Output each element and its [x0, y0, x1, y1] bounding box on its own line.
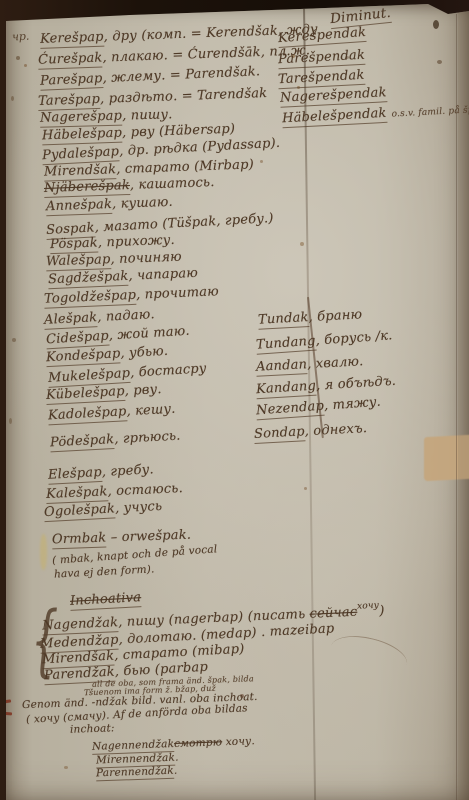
headword: Njäberešpak — [44, 178, 130, 198]
headword: Ogolešpak — [44, 501, 116, 522]
manuscript-line: Tarešpendak — [278, 68, 365, 88]
manuscript-line: Sondap, однехъ. — [254, 421, 368, 442]
headword: Kübelešpap — [46, 384, 126, 405]
headword: Häbelešpap — [42, 126, 123, 146]
crossed-word: смотрю — [174, 736, 222, 750]
gloss: , падаю. — [97, 307, 155, 325]
gloss: , починяю — [110, 250, 182, 267]
gloss: . — [175, 752, 179, 764]
headword: Sondap — [254, 424, 306, 444]
gloss: – orwešpak. — [106, 528, 191, 546]
manuscript-line: Pödešpak, грѣюсь. — [50, 429, 181, 451]
paper-page: чр. Kerešpap, дру (комп. = Kerendšak, жд… — [0, 0, 469, 800]
headword: Sagdžešpak — [48, 269, 129, 289]
gloss: , тяжу. — [323, 395, 381, 414]
headword: Annešpak — [46, 197, 113, 216]
gloss: хочу. — [222, 735, 255, 748]
gloss: , мазато (Tüšpak, гребу.) — [94, 211, 274, 235]
gloss: , жой таю. — [108, 324, 190, 344]
headword: Pöspak — [50, 236, 98, 255]
inserted-word: хочу — [357, 601, 380, 612]
gloss: , рву. — [124, 382, 162, 399]
diminutive-heading: Diminut. — [329, 5, 391, 27]
headword: Nezendap — [256, 399, 325, 421]
gloss: , остаюсь. — [107, 481, 183, 499]
manuscript-note: inchoat: — [70, 722, 115, 736]
headword: Elešpap — [48, 465, 103, 485]
manuscript-line: Elešpap, гребу. — [48, 462, 155, 483]
headword: Häbelešpendak — [282, 106, 387, 128]
manuscript-line: Parešpendak — [278, 48, 366, 68]
gloss: , я объѣдъ. — [316, 374, 397, 394]
note-text: hava ej den form). — [54, 563, 155, 580]
gloss: , прочитаю — [136, 284, 219, 303]
headword: Ormbak — [52, 531, 107, 550]
margin-mark: чр. — [12, 30, 30, 44]
headword: Togoldžešpap — [44, 288, 137, 309]
section-title-text: Inchoativa — [70, 590, 142, 611]
gloss: , хвалю. — [307, 354, 364, 372]
stain-speck — [433, 20, 439, 29]
headword: Aandan — [256, 357, 308, 377]
gloss: , бостасру — [130, 361, 207, 381]
manuscript-line: Kandang, я объѣдъ. — [256, 374, 397, 398]
manuscript-line: Pöspak, прихожу. — [50, 233, 175, 252]
headword: Kerešpap — [40, 30, 104, 49]
gloss: , убью. — [120, 344, 169, 361]
manuscript-line: Nezendap, тяжу. — [256, 395, 382, 419]
headword: Kondešpap — [46, 346, 121, 367]
stain-speck — [9, 418, 12, 424]
headword: Parešpap — [40, 71, 103, 91]
note-text: inchoat: — [70, 722, 115, 736]
gloss: , борусь /к. — [315, 328, 393, 348]
manuscript-section-title: Inchoativa — [70, 590, 142, 609]
gloss: , гребу. — [101, 462, 154, 480]
gloss: . — [174, 765, 178, 777]
manuscript-line: Kadolešpap, кешу. — [48, 402, 176, 424]
manuscript-line: Kalešpak, остаюсь. — [46, 481, 183, 502]
headword: Nagerešpap — [40, 109, 123, 128]
yellow-smear — [40, 534, 47, 570]
gloss: , жлему. = Parendšak. — [102, 64, 260, 86]
gloss: , кушаю. — [112, 195, 173, 212]
manuscript-line: Aandan, хвалю. — [256, 354, 364, 375]
gloss: , грѣюсь. — [114, 429, 181, 447]
headword: Nagerešpendak — [280, 85, 387, 108]
stain-speck — [11, 96, 14, 101]
stain-speck — [24, 64, 27, 67]
manuscript-note: hava ej den form). — [54, 563, 155, 580]
headword: Ćurešpak — [38, 51, 103, 70]
manuscript-line: Tarešpap, раздѣто. = Tarendšak — [38, 86, 268, 109]
crossed-word: сейчас — [309, 605, 357, 622]
gloss: , старато (Mirbap) — [116, 157, 254, 177]
manuscript-line: Alešpak, падаю. — [44, 307, 155, 328]
stain-speck — [300, 242, 304, 246]
manuscript-photo: чр. Kerešpap, дру (комп. = Kerendšak, жд… — [0, 0, 469, 800]
manuscript-line: Tundang, борусь /к. — [256, 328, 393, 352]
stain-speck — [260, 160, 263, 163]
manuscript-line: Nagerešpap, пишу. — [40, 107, 173, 125]
red-pencil-mark — [1, 712, 12, 716]
gloss: , учусь — [115, 499, 163, 516]
stain-speck — [64, 766, 68, 769]
manuscript-line: Kerešpap, дру (комп. = Kerendšak, жду — [40, 22, 318, 47]
gloss: , кашатось. — [130, 175, 215, 193]
gloss: , кешу. — [126, 402, 176, 420]
manuscript-line: Annešpak, кушаю. — [46, 195, 173, 214]
headword: Pödešpak — [50, 432, 115, 452]
headword: Walešpap — [46, 252, 111, 271]
headword: Cidešpap — [46, 329, 110, 350]
manuscript-line: Tundak, браню — [258, 307, 363, 327]
manuscript-line: Nagennendžakсмотрю хочу. — [92, 735, 255, 753]
stray-pen-curve — [327, 629, 411, 682]
gloss: , раздѣто. = Tarendšak — [100, 86, 268, 107]
headword: Kadolešpap — [48, 404, 127, 425]
headword: Parennendžak — [96, 765, 174, 782]
headword: Alešpak — [44, 310, 98, 330]
page-edge-line — [456, 14, 457, 800]
gloss: , однехъ. — [304, 421, 367, 439]
gloss: , рву (Häbersap) — [122, 122, 236, 141]
red-pencil-mark — [2, 699, 11, 703]
page-right-edge — [458, 12, 469, 800]
manuscript-line: Ormbak – orwešpak. — [52, 528, 192, 548]
stain-speck — [16, 56, 20, 60]
stain-speck — [437, 60, 442, 64]
gloss: , пишу. — [122, 107, 173, 123]
stain-speck — [12, 338, 16, 342]
headword: Tundak — [258, 310, 309, 330]
headword: Kalešpak — [46, 484, 108, 504]
stain-speck — [304, 487, 307, 490]
gloss: , чапараю — [128, 266, 198, 284]
gloss-close: ) — [379, 604, 385, 619]
gloss: , прихожу. — [98, 233, 175, 251]
manuscript-line: Parennendžak. — [96, 765, 178, 780]
headword: Tarešpap — [38, 92, 101, 111]
headword: Parešpendak — [278, 48, 366, 70]
gloss: , браню — [308, 307, 362, 325]
